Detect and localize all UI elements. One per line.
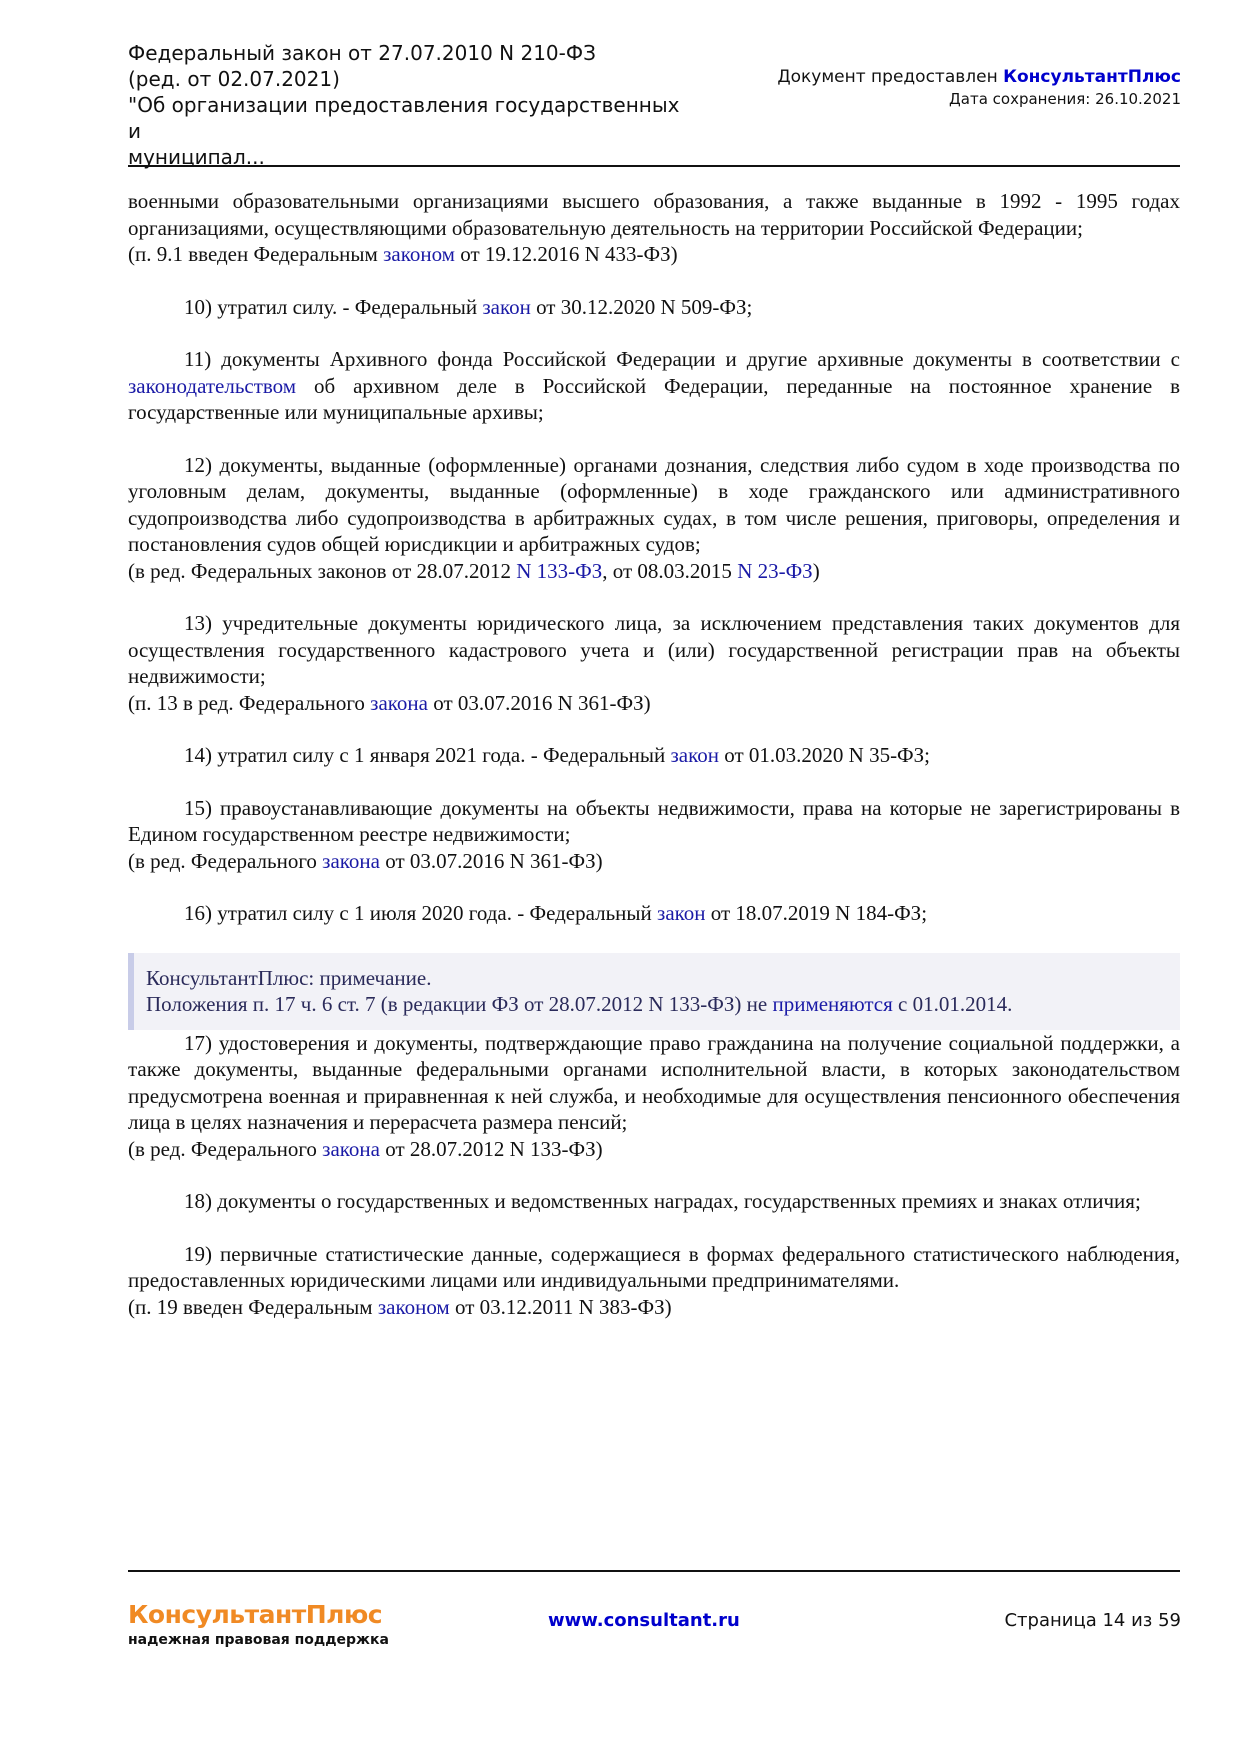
paragraph-13: 13) учредительные документы юридического…	[128, 610, 1180, 690]
provider-info: Документ предоставлен КонсультантПлюс Да…	[777, 66, 1181, 110]
paragraph-10: 10) утратил силу. - Федеральный закон от…	[128, 294, 1180, 321]
title-line: "Об организации предоставления государст…	[128, 92, 688, 144]
paragraph-12: 12) документы, выданные (оформленные) ор…	[128, 452, 1180, 558]
amendment-note: (в ред. Федеральных законов от 28.07.201…	[128, 558, 1180, 585]
document-body: военными образовательными организациями …	[128, 188, 1180, 1320]
note-title: КонсультантПлюс: примечание.	[146, 965, 1168, 992]
paragraph-16: 16) утратил силу с 1 июля 2020 года. - Ф…	[128, 900, 1180, 927]
amendment-note: (п. 13 в ред. Федерального закона от 03.…	[128, 690, 1180, 717]
logo-tagline: надежная правовая поддержка	[128, 1630, 389, 1650]
law-link[interactable]: закон	[482, 295, 531, 319]
amendment-note: (в ред. Федерального закона от 03.07.201…	[128, 848, 1180, 875]
law-link[interactable]: закон	[671, 743, 720, 767]
law-link[interactable]: закона	[322, 849, 380, 873]
header-divider	[128, 165, 1180, 167]
paragraph-11: 11) документы Архивного фонда Российской…	[128, 346, 1180, 426]
law-link[interactable]: законодательством	[128, 374, 296, 398]
provided-by-label: Документ предоставлен	[777, 67, 997, 87]
page-number: Страница 14 из 59	[1004, 1610, 1181, 1631]
note-link[interactable]: применяются	[772, 992, 892, 1016]
save-date: Дата сохранения: 26.10.2021	[777, 88, 1181, 110]
paragraph-14: 14) утратил силу с 1 января 2021 года. -…	[128, 742, 1180, 769]
document-title: Федеральный закон от 27.07.2010 N 210-ФЗ…	[128, 40, 688, 170]
provider-brand: КонсультантПлюс	[1003, 67, 1181, 87]
law-link[interactable]: N 133-ФЗ	[516, 559, 602, 583]
amendment-note: (п. 9.1 введен Федеральным законом от 19…	[128, 241, 1180, 268]
amendment-note: (в ред. Федерального закона от 28.07.201…	[128, 1136, 1180, 1163]
law-link[interactable]: закона	[370, 691, 428, 715]
website-link[interactable]: www.consultant.ru	[548, 1610, 740, 1631]
paragraph: военными образовательными организациями …	[128, 188, 1180, 241]
title-line: (ред. от 02.07.2021)	[128, 66, 688, 92]
amendment-note: (п. 19 введен Федеральным законом от 03.…	[128, 1294, 1180, 1321]
law-link[interactable]: закона	[322, 1137, 380, 1161]
paragraph-19: 19) первичные статистические данные, сод…	[128, 1241, 1180, 1294]
consultant-logo: КонсультантПлюс надежная правовая поддер…	[128, 1600, 389, 1650]
logo-brand: КонсультантПлюс	[128, 1600, 389, 1630]
paragraph-18: 18) документы о государственных и ведомс…	[128, 1188, 1180, 1215]
footer-divider	[128, 1570, 1180, 1572]
law-link[interactable]: N 23-ФЗ	[737, 559, 813, 583]
law-link[interactable]: законом	[378, 1295, 450, 1319]
paragraph-17: 17) удостоверения и документы, подтвержд…	[128, 1030, 1180, 1136]
consultant-note-box: КонсультантПлюс: примечание. Положения п…	[128, 953, 1180, 1030]
title-line: Федеральный закон от 27.07.2010 N 210-ФЗ	[128, 40, 688, 66]
law-link[interactable]: законом	[383, 242, 455, 266]
note-text: Положения п. 17 ч. 6 ст. 7 (в редакции Ф…	[146, 991, 1168, 1018]
paragraph-15: 15) правоустанавливающие документы на об…	[128, 795, 1180, 848]
law-link[interactable]: закон	[657, 901, 706, 925]
